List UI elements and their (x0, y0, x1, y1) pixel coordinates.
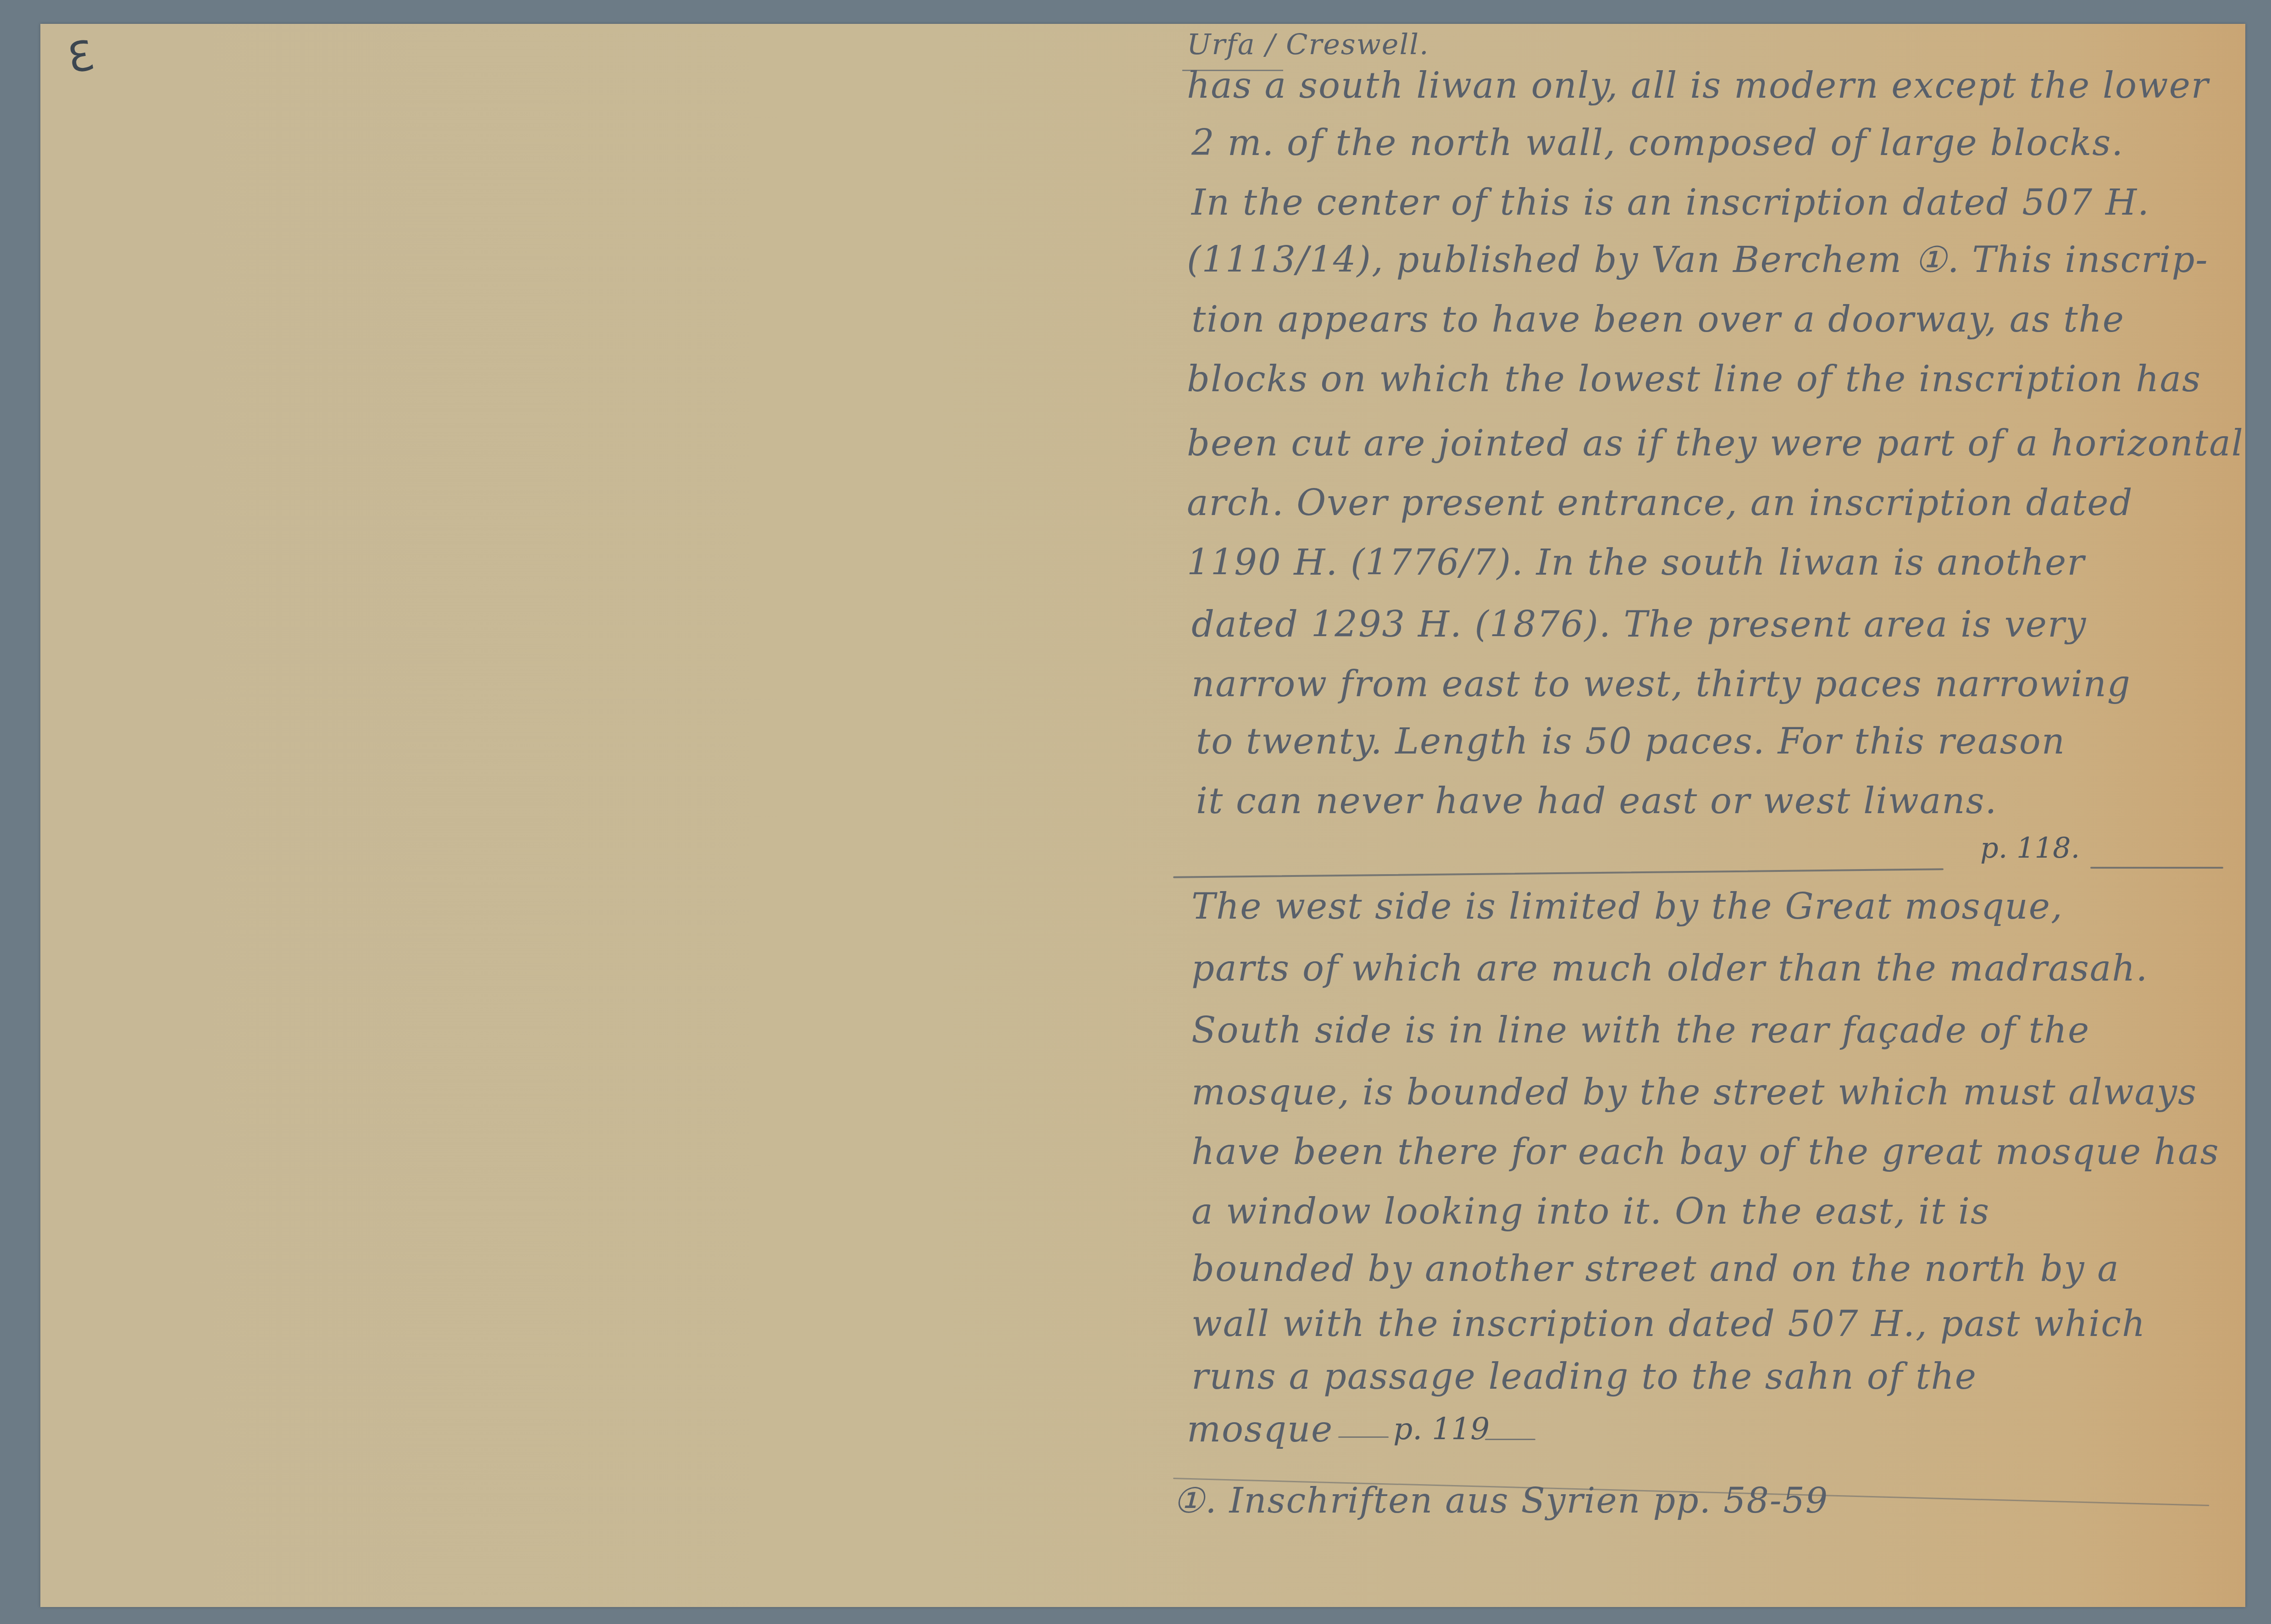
text-line: a window looking into it. On the east, i… (1191, 1191, 1990, 1232)
page-reference-119: p. 119 (1393, 1411, 1490, 1447)
text-line: In the center of this is an inscription … (1191, 182, 2150, 223)
text-line: have been there for each bay of the grea… (1191, 1131, 2220, 1173)
text-line: bounded by another street and on the nor… (1191, 1248, 2120, 1290)
page-number-mark: 3 (64, 31, 98, 83)
manuscript-page: 3 Urfa / Creswell. has a south liwan onl… (40, 24, 2245, 1607)
text-line: parts of which are much older than the m… (1191, 948, 2148, 989)
section-divider (1173, 868, 1944, 878)
text-line: has a south liwan only, all is modern ex… (1187, 65, 2209, 106)
text-line: been cut are jointed as if they were par… (1187, 423, 2244, 464)
handwritten-text-column: Urfa / Creswell. has a south liwan only,… (1173, 24, 2242, 1607)
text-line: South side is in line with the rear faça… (1191, 1010, 2090, 1051)
text-line: runs a passage leading to the sahn of th… (1191, 1356, 1977, 1397)
text-line: mosque, is bounded by the street which m… (1191, 1072, 2197, 1113)
text-line: wall with the inscription dated 507 H., … (1191, 1303, 2146, 1345)
text-line-last-word: mosque (1187, 1409, 1333, 1450)
text-line: dated 1293 H. (1876). The present area i… (1191, 604, 2087, 645)
text-line: to twenty. Length is 50 paces. For this … (1196, 721, 2066, 762)
dash-left (1338, 1436, 1389, 1438)
text-line: tion appears to have been over a doorway… (1191, 299, 2125, 340)
text-line: 2 m. of the north wall, composed of larg… (1191, 122, 2124, 164)
text-line: (1113/14), published by Van Berchem ①. T… (1187, 239, 2209, 281)
text-line: narrow from east to west, thirty paces n… (1191, 664, 2131, 705)
section-divider-right (2090, 867, 2223, 869)
document-title: Urfa / Creswell. (1187, 28, 1429, 61)
footnote: ①. Inschriften aus Syrien pp. 58-59 (1173, 1480, 1828, 1521)
text-line: 1190 H. (1776/7). In the south liwan is … (1187, 542, 2085, 583)
text-line: The west side is limited by the Great mo… (1191, 886, 2063, 927)
text-line: blocks on which the lowest line of the i… (1187, 359, 2201, 400)
text-line: it can never have had east or west liwan… (1196, 781, 1997, 822)
dash-right (1485, 1439, 1535, 1440)
page-reference-118: p. 118. (1980, 831, 2080, 865)
text-line: arch. Over present entrance, an inscript… (1187, 482, 2133, 524)
